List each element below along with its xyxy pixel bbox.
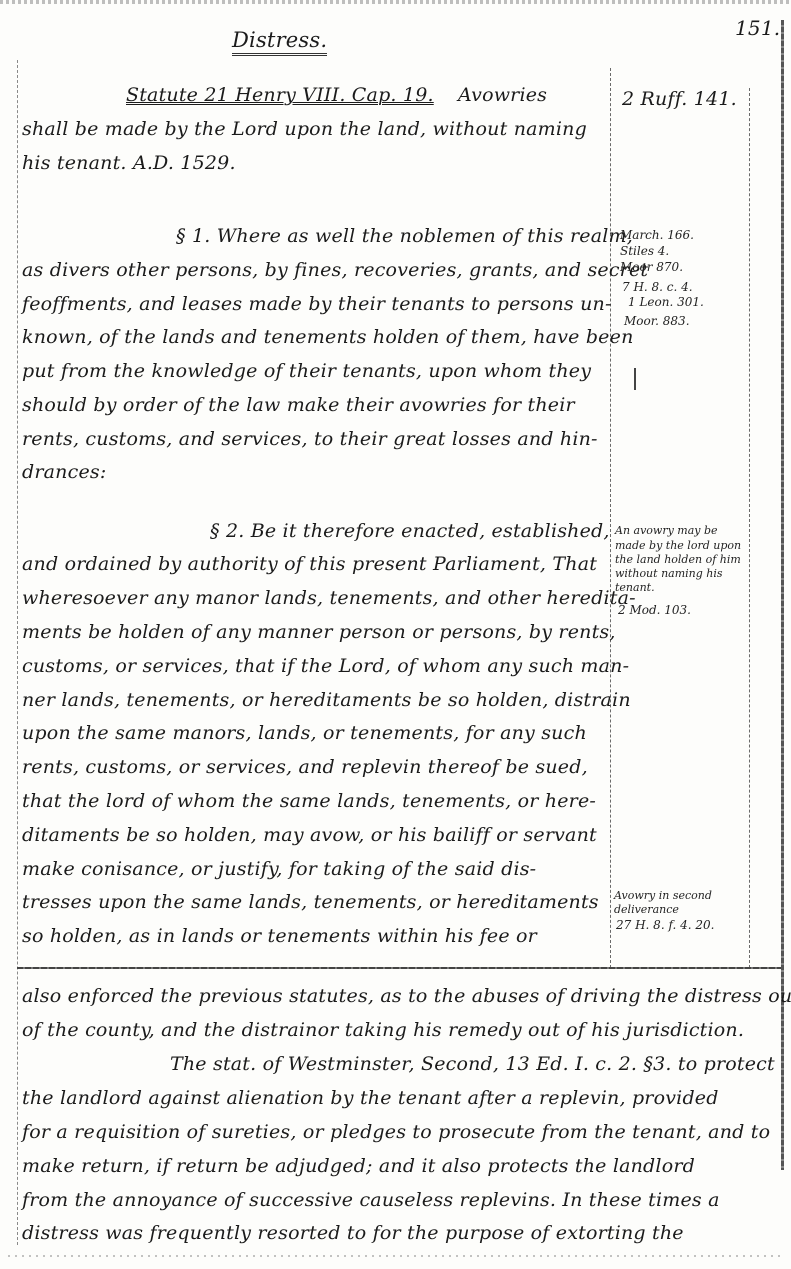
margin-column-rule-left [610, 68, 611, 968]
margin-summary-line: An avowry may be [615, 524, 718, 537]
section1-line: as divers other persons, by fines, recov… [22, 259, 648, 281]
commentary-line: distress was frequently resorted to for … [22, 1222, 684, 1244]
section2-line: so holden, as in lands or tenements with… [22, 925, 537, 947]
margin-summary-line: the land holden of him [615, 553, 741, 566]
section2-line: tresses upon the same lands, tenements, … [22, 891, 599, 913]
section1-line: should by order of the law make their av… [22, 394, 575, 416]
statute-title: Statute 21 Henry VIII. Cap. 19. [126, 84, 434, 106]
margin-reference: Moor. 883. [624, 314, 690, 328]
commentary-line: of the county, and the distrainor taking… [22, 1019, 744, 1041]
margin-reference: Moor 870. [620, 260, 683, 274]
section1-line: put from the knowledge of their tenants,… [22, 360, 591, 382]
page-number: 151. [735, 16, 780, 40]
margin-reference: 2 Mod. 103. [618, 603, 691, 617]
manuscript-page: 151. Distress. Statute 21 Henry VIII. Ca… [0, 0, 791, 1269]
section2-line: upon the same manors, lands, or tenement… [22, 722, 587, 744]
left-margin-rule [17, 60, 18, 1245]
margin-reference: 1 Leon. 301. [628, 295, 704, 309]
commentary-line: the landlord against alienation by the t… [22, 1087, 719, 1109]
margin-avowry-note: 27 H. 8. f. 4. 20. [616, 918, 714, 932]
section2-line: rents, customs, or services, and replevi… [22, 756, 588, 778]
section2-line: ner lands, tenements, or hereditaments b… [22, 689, 631, 711]
margin-mark [634, 368, 636, 390]
section2-line: ments be holden of any manner person or … [22, 621, 616, 643]
margin-column-rule-right [749, 88, 750, 968]
commentary-line: make return, if return be adjudged; and … [22, 1155, 695, 1177]
section1-line: known, of the lands and tenements holden… [22, 326, 634, 348]
section2-line: wheresoever any manor lands, tenements, … [22, 587, 636, 609]
commentary-line: for a requisition of sureties, or pledge… [22, 1121, 770, 1143]
section2-line: make conisance, or justify, for taking o… [22, 858, 536, 880]
section2-line: that the lord of whom the same lands, te… [22, 790, 596, 812]
margin-avowry-note: Avowry in second [614, 889, 712, 902]
section2-line: customs, or services, that if the Lord, … [22, 655, 629, 677]
margin-summary-line: made by the lord upon [615, 539, 741, 552]
statute-line: shall be made by the Lord upon the land,… [22, 118, 587, 140]
section2-line: ditaments be so holden, may avow, or his… [22, 824, 597, 846]
margin-summary-line: tenant. [615, 581, 655, 594]
section1-line: feoffments, and leases made by their ten… [22, 293, 612, 315]
margin-reference: Stiles 4. [620, 244, 669, 258]
margin-reference: 7 H. 8. c. 4. [622, 280, 693, 294]
section1-line: rents, customs, and services, to their g… [22, 428, 598, 450]
section2-line: and ordained by authority of this presen… [22, 553, 597, 575]
statute-line: his tenant. A.D. 1529. [22, 152, 236, 174]
section2-line: § 2. Be it therefore enacted, establishe… [210, 520, 610, 542]
scan-top-edge [0, 0, 791, 4]
scan-bottom-edge [8, 1255, 783, 1257]
section1-line: drances: [22, 461, 106, 483]
section1-line: § 1. Where as well the noblemen of this … [176, 225, 633, 247]
margin-reference: March. 166. [620, 228, 694, 242]
commentary-line: The stat. of Westminster, Second, 13 Ed.… [170, 1053, 775, 1075]
section-divider-rule [17, 967, 781, 969]
margin-statute-reference: 2 Ruff. 141. [622, 88, 737, 110]
commentary-line: also enforced the previous statutes, as … [22, 985, 791, 1007]
margin-avowry-note: deliverance [614, 903, 679, 916]
statute-subject: Avowries [458, 84, 547, 106]
statute-title-line: Statute 21 Henry VIII. Cap. 19. Avowries [126, 84, 547, 106]
commentary-line: from the annoyance of successive causele… [22, 1189, 720, 1211]
margin-summary-line: without naming his [615, 567, 723, 580]
page-heading: Distress. [232, 28, 327, 56]
